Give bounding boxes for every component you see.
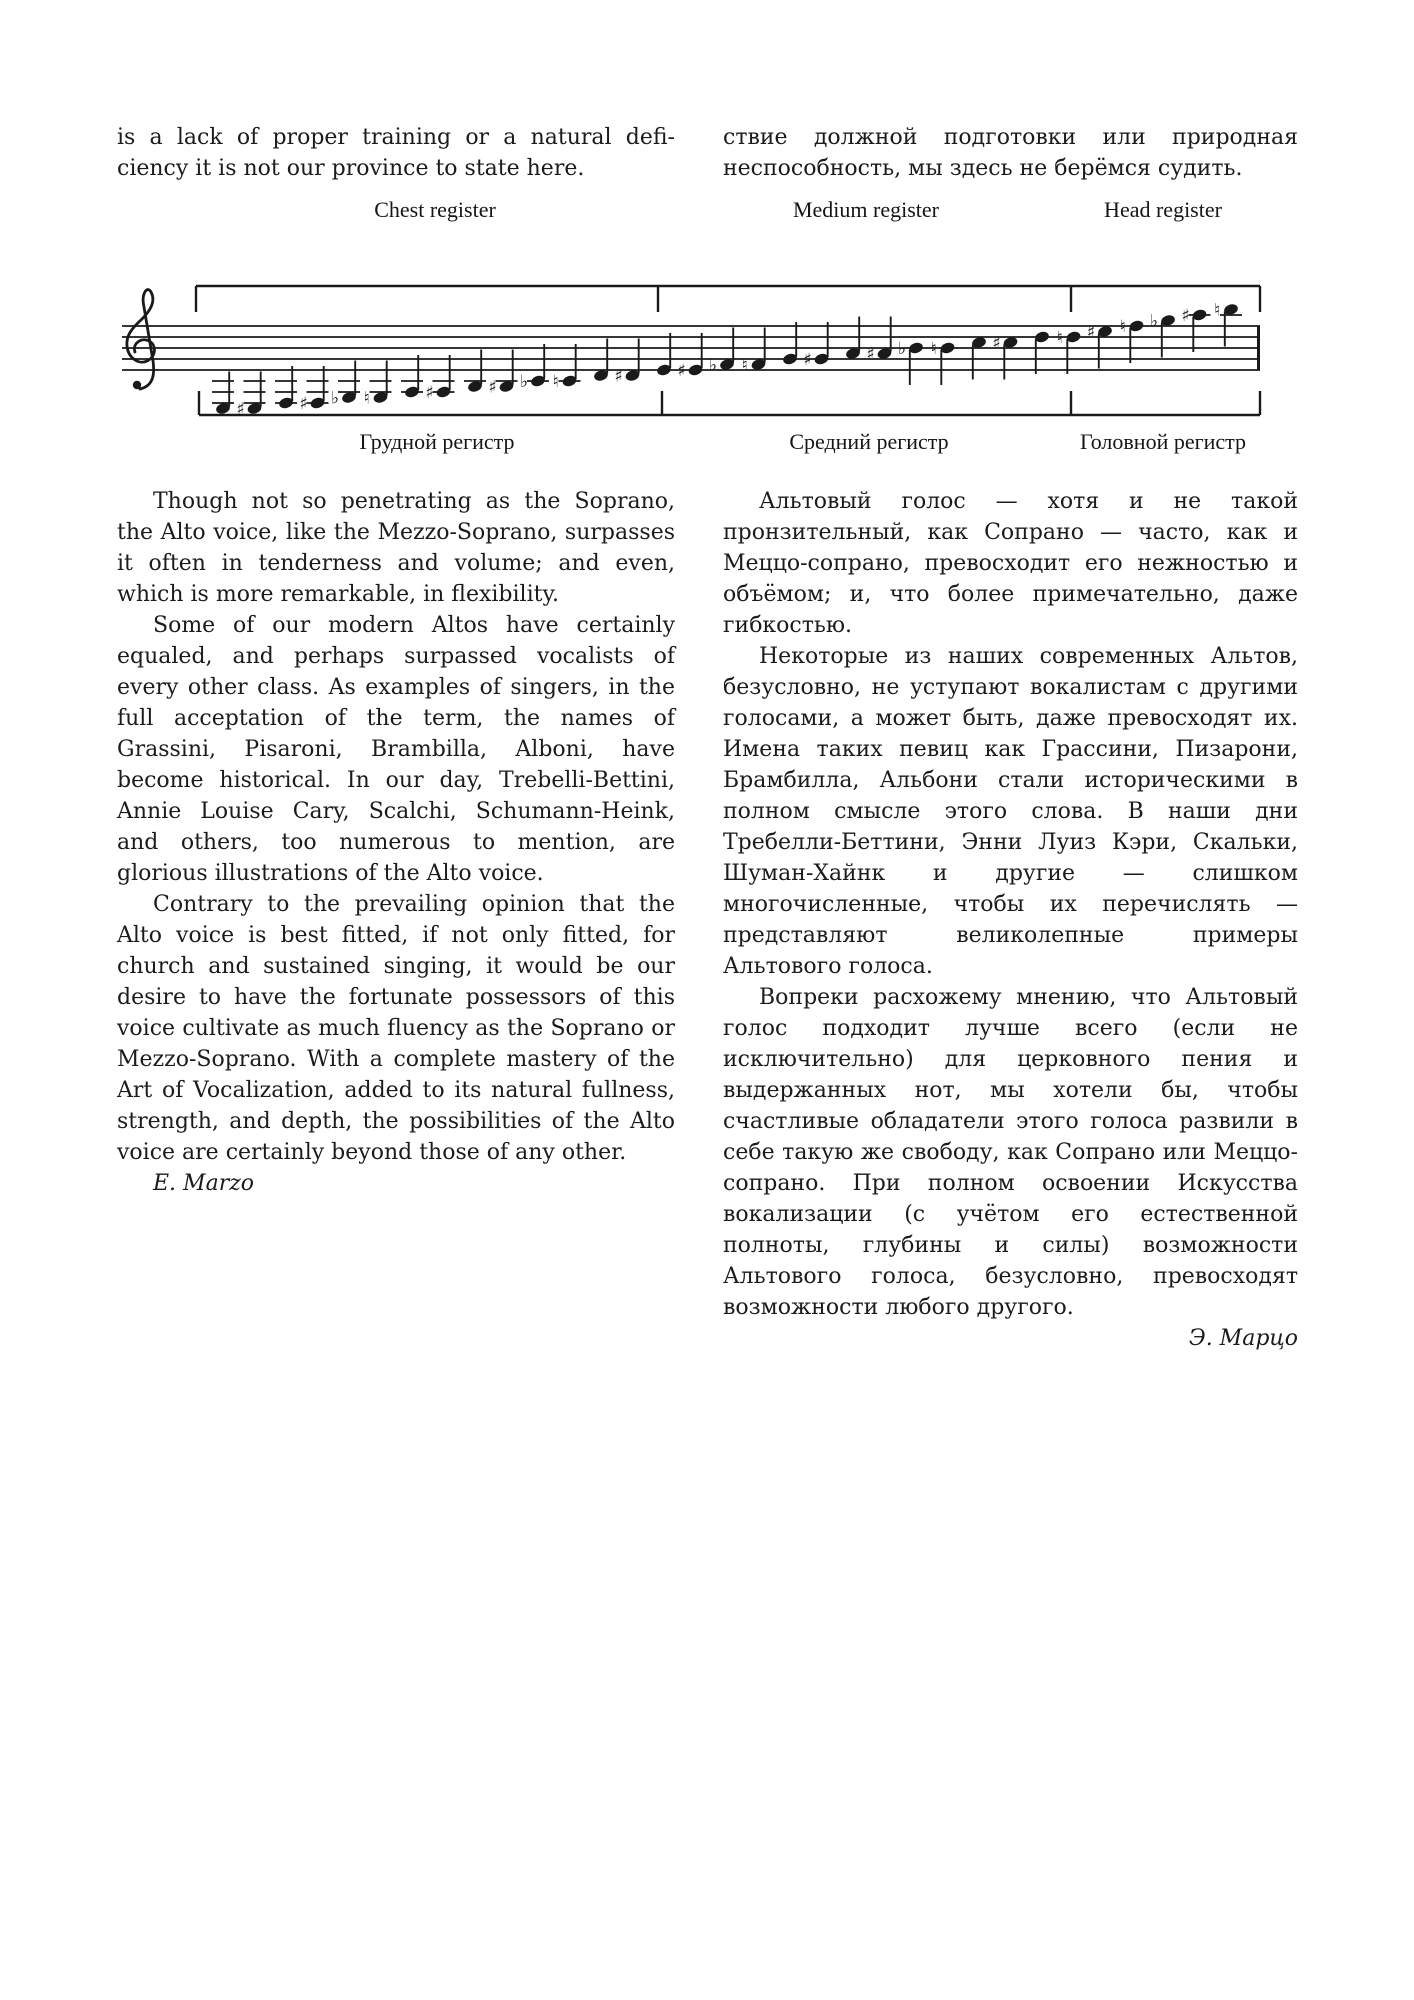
note: ♯ [488, 350, 517, 398]
note: ♮ [1214, 301, 1242, 347]
note: ♯ [803, 322, 829, 370]
paragraph-ru-1: Альтовый голос — хотя и не такой пронзит… [723, 486, 1298, 641]
sharp-accidental-icon: ♯ [236, 400, 244, 420]
note: ♭ [331, 361, 360, 409]
note [656, 333, 672, 377]
note: ♯ [299, 366, 328, 414]
natural-accidental-icon: ♮ [741, 356, 747, 376]
treble-clef-icon [127, 290, 155, 389]
natural-accidental-icon: ♮ [1119, 317, 1125, 337]
note [464, 350, 486, 394]
note: ♮ [1056, 328, 1081, 374]
note: ♯ [614, 339, 640, 387]
note [782, 322, 798, 366]
intro-russian: ствие должной подготовки или природная н… [723, 122, 1298, 184]
note [275, 366, 297, 410]
paragraph-ru-3: Вопреки расхожему мнению, что Альтовый г… [723, 982, 1298, 1323]
note: ♮ [363, 361, 391, 409]
note: ♯ [236, 372, 265, 420]
sharp-accidental-icon: ♯ [614, 367, 622, 387]
note [845, 317, 861, 361]
sharp-accidental-icon: ♯ [425, 383, 433, 403]
note [593, 339, 609, 383]
intro-english: is a lack of proper training or a natura… [117, 122, 675, 184]
sharp-accidental-icon: ♯ [299, 394, 307, 414]
note: ♭ [898, 339, 924, 385]
signature-english: E. Marzo [117, 1168, 675, 1199]
flat-accidental-icon: ♭ [520, 372, 528, 392]
paragraph-en-2: Some of our modern Altos have certainly … [117, 610, 675, 889]
note: ♭ [709, 328, 735, 376]
note: ♯ [866, 317, 892, 365]
intro-russian-line-2: неспособность, мы здесь не берёмся судит… [723, 153, 1298, 184]
signature-russian: Э. Марцо [723, 1323, 1298, 1354]
note: ♯ [677, 333, 703, 381]
note: ♮ [1119, 317, 1144, 363]
note: ♭ [520, 344, 549, 392]
note: ♯ [1087, 323, 1113, 369]
note: ♮ [552, 344, 580, 392]
sharp-accidental-icon: ♯ [677, 361, 685, 381]
staff-notation: ♯♯♭♮♯♯♭♮♯♯♭♮♯♯♭♮♯♮♯♮♭♯♮ [117, 195, 1297, 467]
flat-accidental-icon: ♭ [1150, 312, 1158, 332]
sharp-accidental-icon: ♯ [803, 350, 811, 370]
note: ♮ [741, 328, 766, 376]
note: ♭ [1150, 312, 1176, 358]
register-label-chest-ru: Грудной регистр [359, 429, 514, 455]
note [401, 355, 423, 399]
note [971, 336, 987, 380]
sharp-accidental-icon: ♯ [1087, 323, 1095, 343]
natural-accidental-icon: ♮ [1214, 301, 1220, 321]
note [1034, 330, 1050, 374]
column-russian: Альтовый голос — хотя и не такой пронзит… [723, 486, 1298, 1354]
paragraph-ru-2: Некоторые из наших современных Альтов, б… [723, 641, 1298, 982]
flat-accidental-icon: ♭ [898, 339, 906, 359]
vocal-register-figure: Chest register Medium register Head regi… [117, 195, 1297, 467]
intro-russian-line-1: ствие должной подготовки или природная [723, 122, 1298, 153]
note: ♯ [425, 355, 454, 403]
sharp-accidental-icon: ♯ [866, 345, 874, 365]
intro-english-line-1: is a lack of proper training or a natura… [117, 122, 675, 153]
column-english: Though not so penetrating as the Soprano… [117, 486, 675, 1199]
note [212, 372, 234, 416]
intro-english-line-2: ciency it is not our province to state h… [117, 153, 675, 184]
sharp-accidental-icon: ♯ [488, 378, 496, 398]
natural-accidental-icon: ♮ [1056, 328, 1062, 348]
flat-accidental-icon: ♭ [709, 356, 717, 376]
paragraph-en-3: Contrary to the prevailing opinion that … [117, 889, 675, 1168]
register-label-medium-ru: Средний регистр [789, 429, 948, 455]
paragraph-en-1: Though not so penetrating as the Soprano… [117, 486, 675, 610]
note: ♯ [992, 334, 1018, 380]
note: ♮ [930, 339, 955, 385]
register-label-head-ru: Головной регистр [1080, 429, 1246, 455]
flat-accidental-icon: ♭ [331, 389, 339, 409]
natural-accidental-icon: ♮ [552, 372, 558, 392]
sharp-accidental-icon: ♯ [1181, 306, 1189, 326]
natural-accidental-icon: ♮ [930, 339, 936, 359]
note: ♯ [1181, 306, 1210, 352]
natural-accidental-icon: ♮ [363, 389, 369, 409]
sharp-accidental-icon: ♯ [992, 334, 1000, 354]
document-page: is a lack of proper training or a natura… [0, 0, 1414, 2000]
